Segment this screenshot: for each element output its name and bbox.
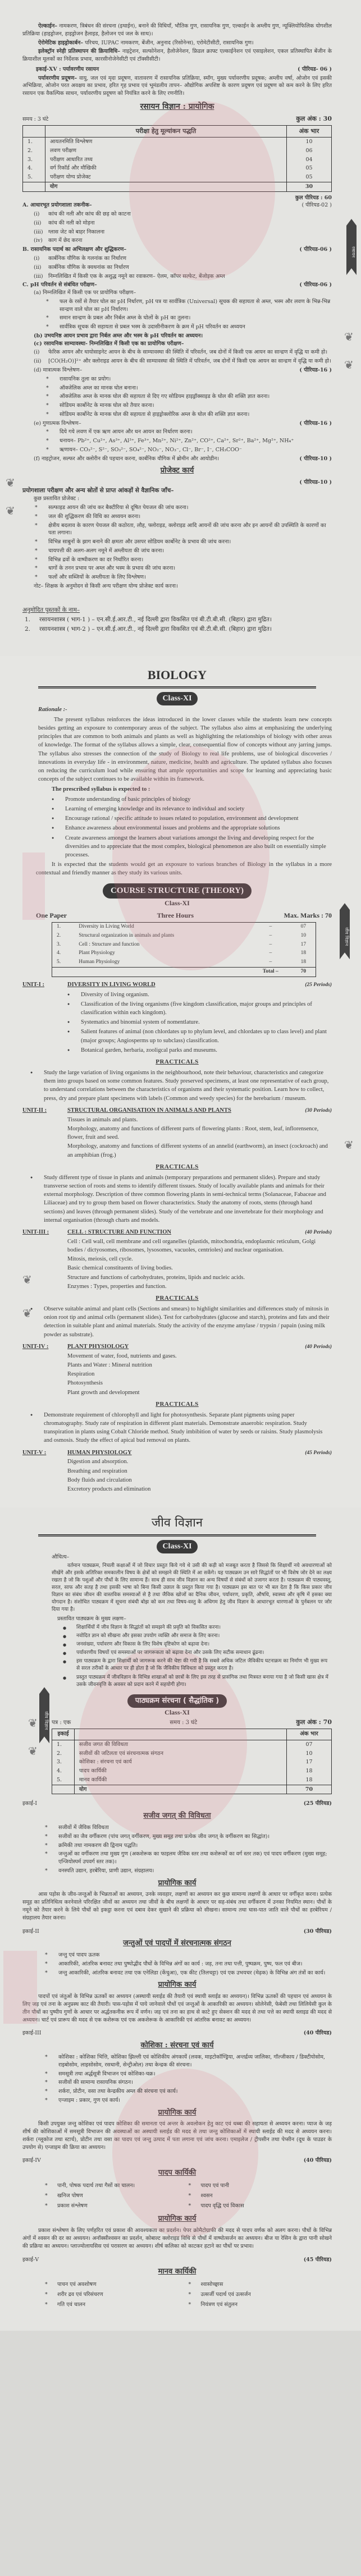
table-row: 2.लवण परीक्षण06: [23, 146, 332, 155]
unit-topic: Diversity of living organism.: [67, 991, 332, 999]
item-text: फेरिक आयन और थायोसाइनेट आयन के बीच के सा…: [48, 349, 327, 356]
unit-label: UNIT-I :: [22, 980, 67, 989]
units-container: UNIT-I :DIVERSITY IN LIVING WORLD(25 Per…: [22, 980, 332, 1493]
row-marks: 18: [287, 1776, 332, 1785]
list-item: नवोदित ज्ञान को सीखना और इसका उपयोग व्यक…: [63, 1633, 332, 1640]
table-row: 4.पादप कार्यिकी18: [52, 1767, 332, 1776]
units-container-hindi: इकाई-I(25 पीरियड)सजीव जगत् की विविधतासजी…: [22, 1800, 332, 2309]
row-number: 3.: [52, 941, 75, 950]
unit-topic: उत्सर्जी पदार्थ एवं उत्सर्जन: [189, 2291, 332, 2299]
paper-meta-row: One PaperThree HoursMax. Marks : 70: [22, 911, 332, 920]
row-number: 3.: [23, 155, 45, 164]
unit-topic: कोशिका : कोशिका भित्ति, कोशिका झिल्ली एव…: [45, 2054, 332, 2069]
row-marks: 05: [287, 164, 332, 173]
list-item: (iii)ग्लास जेट को बाहर निकालना: [34, 228, 332, 236]
list-item: (ii)कार्बनिक यौगिक के क्वथनांक का निर्धा…: [34, 264, 332, 272]
table-row: 5.Human Physiology–18: [52, 958, 316, 967]
list-item: Create awareness amongst the learners ab…: [52, 834, 332, 860]
unit-topic: Mitosis, meiosis, cell cycle.: [67, 1255, 332, 1263]
pollution-paragraph: पर्यावरणीय प्रदूषण– वायु, जल एवं मृदा प्…: [22, 75, 332, 98]
total-label: Total –: [250, 968, 291, 977]
table-row: 4.वर्ग रिकॉर्ड और मौखिकी05: [23, 164, 332, 173]
practical-heading: रसायन विज्ञान : प्रायोगिक: [22, 101, 332, 112]
electrophilic-paragraph: इलेक्ट्रॉन स्नेही प्रतिस्थापन की क्रियाव…: [22, 48, 332, 63]
practical-item: Study the large variation of living orga…: [30, 1069, 332, 1103]
practical-paragraph: आस पड़ोस के जीव-जन्तुओं के भिन्नताओं का …: [22, 1891, 332, 1922]
total-value: 70: [287, 1785, 332, 1794]
unit-topic: Structure and functions of carbohydrates…: [67, 1273, 332, 1282]
list-item: सोडियम कार्बोनेट के मानक घोल को तैयार कर…: [46, 402, 332, 410]
item-number: 1.: [25, 616, 39, 624]
list-item: धनायन– Pb²⁺, Cu²⁺, As³⁺, Al³⁺, Fe³⁺, Mn²…: [46, 437, 332, 445]
row-number: 2.: [52, 932, 75, 941]
row-number: 1.: [52, 923, 75, 932]
unit-heading: इकाई-III(40 पीरियड): [22, 2029, 332, 2037]
list-item: (iv)काग में छेद करना: [34, 237, 332, 245]
unit-topic: Excretory products and elimination: [67, 1485, 332, 1493]
list-item: विभिन्न साबुनों के झाग बनाने की क्षमता औ…: [35, 538, 332, 546]
plant-sprig-icon: ❦: [6, 505, 18, 522]
unit-topic: Classification of the living organisms (…: [67, 1000, 332, 1017]
row-item: Human Physiology: [74, 958, 250, 967]
total-periods: कुल पीरियड : 60: [22, 194, 332, 202]
list-item: शिक्षार्थियों में जीव विज्ञान के सिद्धां…: [63, 1624, 332, 1631]
row-item: आयतनमिति विश्लेषण: [45, 137, 287, 146]
unit-topic: नियंत्रण एवं संतुलन: [189, 2301, 332, 2309]
project-heading: प्रोजेक्ट कार्य: [22, 466, 332, 476]
unit-heading: UNIT-III :CELL : STRUCTURE AND FUNCTION(…: [22, 1228, 332, 1237]
row-marks: 06: [287, 146, 332, 155]
list-item: ऋणायन– CO₃²⁻, S²⁻, SO₃²⁻, SO₄²⁻, NO₂⁻, N…: [46, 446, 332, 454]
unit-topic: श्वसन: [189, 2192, 332, 2200]
project-sub: कुछ प्रस्तावित प्रोजेक्ट :: [22, 495, 332, 503]
theory-marks-table-hindi: इकाई अंक भार 1.सजीव जगत की विविधता072.सज…: [52, 1729, 332, 1794]
unit-period: (30 Periods): [305, 1107, 332, 1115]
row-item: Plant Physiology: [74, 949, 250, 958]
rationale-paragraph-2: It is expected that the students would g…: [22, 860, 332, 877]
list-item: पर्यावरणीय विषयों एवं समस्याओं पर जागरूक…: [63, 1649, 332, 1657]
unit-topics: Movement of water, food, nutrients and g…: [22, 1352, 332, 1397]
row-item: Cell : Structure and function: [74, 941, 250, 950]
unit-title: पादप कार्यिकी: [22, 2168, 332, 2179]
row-item: पादप कार्यिकी: [75, 1767, 287, 1776]
course-structure-badge-hindi: पाठ्यक्रम संरचना ( सैद्धांतिक ): [127, 1694, 227, 1708]
unit-topic: सजीवों की सामान्य रासायनिक संगठन।: [45, 2079, 332, 2087]
unit-period: (40 पीरियड): [304, 2029, 332, 2037]
unit-topic: पाचन एवं अवशोषण: [45, 2281, 189, 2289]
theory-marks-table: 1.Diversity in Living World–072.Structur…: [52, 922, 316, 977]
row-marks: 18: [291, 949, 316, 958]
unit-title: DIVERSITY IN LIVING WORLD: [67, 980, 305, 989]
item-text: कार्बनिक यौगिक के गलनांक का निर्धारण: [48, 255, 126, 263]
unit-topics: Digestion and absorption.Breathing and r…: [22, 1457, 332, 1493]
unit-topic: जन्तु आकारिकी, आंतरिक बनावट तथा एक एनेलि…: [45, 1969, 332, 1977]
unit-heading: इकाई-IV(40 पीरियड): [22, 2157, 332, 2165]
plant-sprig-icon: ❦: [344, 359, 357, 376]
plant-sprig-icon: ❦: [6, 477, 18, 494]
row-number: 1.: [23, 137, 45, 146]
list-item: प्रस्तुत पाठ्यक्रम में जीवविज्ञान के विभ…: [63, 1674, 332, 1689]
list-item: सार्वत्रिक सूचक की सहायता से प्रबल भस्म …: [46, 323, 332, 331]
unit-label: इकाई-V: [22, 2256, 39, 2264]
unit-period: (40 पीरियड): [304, 2157, 332, 2165]
row-marks: 18: [291, 958, 316, 967]
list-item: Enhance awareness about environmental is…: [52, 824, 332, 832]
unit-topic: पादप वृद्धि एवं विकास: [189, 2202, 332, 2210]
unit-topics: पानी, पोषक पदार्थ तथा गैसों का चालन।पादप…: [22, 2181, 332, 2211]
list-item: जल की शुद्धिकरण की विधि का अध्ययन करना।: [35, 513, 332, 521]
unit-heading: इकाई-II(30 पीरियड): [22, 1928, 332, 1936]
unit-title: STRUCTURAL ORGANISATION IN ANIMALS AND P…: [67, 1106, 305, 1115]
plant-sprig-icon: ❦: [28, 1717, 40, 1734]
unit-period: (30 पीरियड): [304, 1928, 332, 1936]
time-marks-row: समय : 3 घंटेकुल अंक : 30: [22, 114, 332, 123]
unit-topic: सजीवों का जैव वर्गीकरण (पांच जगत् वर्गीक…: [45, 1833, 332, 1841]
unit-topic: Basic chemical constituents of living bo…: [67, 1264, 332, 1272]
title-rule: [38, 1534, 316, 1537]
row-marks: 18: [287, 1767, 332, 1776]
unit-topics: पाचन एवं अवशोषणश्वासोच्छ्वासशरीर द्रव एव…: [22, 2280, 332, 2309]
row-number: 5.: [52, 958, 75, 967]
side-tab-biology-hindi: जीव विज्ञान: [39, 1687, 49, 1743]
practicals-heading: PRACTICALS: [22, 1058, 332, 1067]
list-item: क्षेत्रीय बदलाव के कारण पेयजल की कठोरता,…: [35, 522, 332, 538]
books-list: 1.रसायनशास्त्र ( भाग-1 ) – एन.सी.ई.आर.टी…: [22, 616, 332, 634]
unit-topics: कोशिका : कोशिका भित्ति, कोशिका झिल्ली एव…: [22, 2054, 332, 2105]
item-number: (ii): [34, 264, 48, 272]
item-number: (iv): [34, 237, 48, 245]
table-row: 5.मानव कार्यिकी18: [52, 1776, 332, 1785]
unit-topic: Movement of water, food, nutrients and g…: [67, 1352, 332, 1360]
class-line-hindi: Class-XI: [22, 1708, 332, 1717]
item-text: रसायनशास्त्र ( भाग-1 ) – एन.सी.ई.आर.टी.,…: [39, 616, 272, 624]
practical-paragraph: पादपों एवं जंतुओं के विभिन्न ऊतकों का अध…: [22, 1993, 332, 2024]
list-item: इस पाठ्यक्रम के द्वारा शिक्षार्थी को जाग…: [63, 1658, 332, 1672]
unit-topic: Morphology, anatomy and functions of dif…: [67, 1142, 332, 1159]
unit-label: UNIT-V :: [22, 1449, 67, 1457]
item-text: कार्बनिक यौगिक के क्वथनांक का निर्धारण: [48, 264, 129, 272]
plant-sprig-icon: ❦: [22, 1308, 35, 1324]
list-item: Promote understanding of basic principle…: [52, 795, 332, 804]
unit-heading: इकाई-V(45 पीरियड): [22, 2256, 332, 2264]
unit-title: जन्तुओं एवं पादपों में संरचनात्मक संगठन: [22, 1938, 332, 1949]
practical-heading: प्रायोगिक कार्य: [22, 1980, 332, 1991]
row-marks: 04: [287, 155, 332, 164]
features-list: शिक्षार्थियों में जीव विज्ञान के सिद्धां…: [22, 1624, 332, 1688]
item-number: (i): [34, 349, 48, 356]
unit-heading: UNIT-II :STRUCTURAL ORGANISATION IN ANIM…: [22, 1106, 332, 1115]
project-note: नोट– शिक्षक के अनुमोदन से किसी अन्य परीक…: [22, 583, 332, 590]
unit-title: मानव कार्यिकी: [22, 2267, 332, 2277]
unit-topic: गति एवं चालन: [45, 2301, 189, 2309]
item-text: रसायनशास्त्र ( भाग-2 ) – एन.सी.ई.आर.टी.,…: [39, 625, 272, 634]
rationale-label: Rationale :-: [22, 705, 332, 714]
unit-topic: Tissues in animals and plants.: [67, 1116, 332, 1124]
unit-title: PLANT PHYSIOLOGY: [67, 1342, 305, 1351]
project-intro: प्रयोगशाला परीक्षण और अन्य स्रोतों से प्…: [22, 487, 332, 495]
row-number: 4.: [23, 164, 45, 173]
item-text: निम्नलिखित में किसी एक के अशुद्ध नमूने क…: [48, 273, 225, 281]
expected-label: The prescribed syllabus is expected to :: [22, 785, 332, 794]
section-a-heading: A. आधारभूत प्रयोगशाला तकनीक–( पीरियड-02 …: [22, 201, 332, 209]
plant-sprig-icon: ❦: [22, 1274, 35, 1291]
practicals-list: Study the large variation of living orga…: [22, 1069, 332, 1103]
unit-topic: Photosynthesis: [67, 1379, 332, 1387]
unit-topic: शरीर द्रव एवं परिसंचरण: [45, 2291, 189, 2299]
row-number: 2.: [52, 1749, 75, 1758]
table-row: 1.Diversity in Living World–07: [52, 923, 316, 932]
table-row: 2.Structural organization in animals and…: [52, 932, 316, 941]
item-number: (iii): [34, 228, 48, 236]
features-label: प्रस्तावित पाठ्यक्रम के मुख्य लक्षण–: [22, 1615, 332, 1623]
table-row: 3.कोशिका : संरचना एवं कार्य17: [52, 1758, 332, 1767]
unit-title: कोशिका : संरचना एवं कार्य: [22, 2041, 332, 2051]
table-row: 4.Plant Physiology–18: [52, 949, 316, 958]
unit-label: इकाई-III: [22, 2029, 42, 2037]
row-item: कोशिका : संरचना एवं कार्य: [75, 1758, 287, 1767]
table-row: 1.आयतनमिति विश्लेषण10: [23, 137, 332, 146]
row-item: Structural organization in animals and p…: [74, 932, 250, 941]
row-marks: 17: [287, 1758, 332, 1767]
unit-title: HUMAN PHYSIOLOGY: [67, 1449, 305, 1457]
course-structure-badge: COURSE STRUCTURE (THEORY): [103, 883, 252, 899]
plant-sprig-icon: ❦: [344, 331, 357, 348]
unit-topic: Digestion and absorption.: [67, 1457, 332, 1466]
list-item: ऑक्जेलिक अम्ल का मानक घोल बनाना।: [46, 384, 332, 392]
item-text: काग में छेद करना: [48, 237, 82, 245]
item-number: (ii): [34, 219, 48, 227]
unit-topic: प्रकाश संश्लेषण: [45, 2202, 189, 2210]
unit-period: (40 Periods): [305, 1344, 332, 1351]
item-text: ग्लास जेट को बाहर निकालना: [48, 228, 104, 236]
item-text: कांच की नली को मोड़ना: [48, 219, 95, 227]
item-number: (iii): [34, 273, 48, 281]
total-label: योग: [75, 1785, 287, 1794]
list-item: सोडियम कार्बोनेट के मानक घोल की सहायता स…: [46, 411, 332, 419]
rationale-paragraph: The present syllabus reinforces the idea…: [22, 716, 332, 784]
row-item: Diversity in Living World: [74, 923, 250, 932]
list-item: धागों के तनन प्रभाव पर अम्ल और भस्म के प…: [35, 565, 332, 572]
section-c-body: (a) निम्नलिखित में किसी एक पर प्रायोगिक …: [22, 289, 332, 462]
row-dash: –: [250, 923, 291, 932]
practical-paragraph: किसी उपयुक्त जन्तु कोशिका एवं पादप कोशिक…: [22, 2120, 332, 2151]
class-badge-hindi: Class-XI: [157, 1540, 197, 1553]
item-text: कांच की नली और कांच की छड़ को काटना: [48, 210, 131, 218]
row-dash: –: [250, 958, 291, 967]
plant-sprig-icon: ❦: [28, 1745, 40, 1762]
practical-heading: प्रायोगिक कार्य: [22, 2108, 332, 2119]
item-number: (ii): [34, 357, 48, 365]
title-rule: [38, 686, 316, 689]
unit-label: इकाई-II: [22, 1928, 39, 1936]
rationale-paragraph-hindi: वर्तमान पाठ्यक्रम, निचली कक्षाओं में जो …: [22, 1562, 332, 1614]
table-row: 5.परीक्षण योग्य प्रोजेक्ट05: [23, 173, 332, 182]
evaluation-table: परीक्षा हेतु मूल्यांकन पद्धति अंक भार 1.…: [22, 125, 332, 192]
unit-topic: समसूत्री तथा अर्द्धसूत्री विभाजन एवं कोश…: [45, 2070, 332, 2078]
unit-heading: UNIT-V :HUMAN PHYSIOLOGY(45 Periods): [22, 1449, 332, 1457]
unit-topic: Breathing and respiration: [67, 1467, 332, 1475]
list-item: (iii)निम्नलिखित में किसी एक के अशुद्ध नम…: [34, 273, 332, 281]
row-item: सजीवों की जटिलता एवं संरचनात्मक संगठन: [75, 1749, 287, 1758]
row-item: परीक्षण आधारित तथ्य: [45, 155, 287, 164]
row-number: 4.: [52, 949, 75, 958]
unit-label: UNIT-II :: [22, 1106, 67, 1115]
total-value: 70: [291, 968, 316, 977]
practical-item: Observe suitable animal and plant cells …: [30, 1305, 332, 1339]
list-item: रासायनिक तुला का प्रयोग।: [46, 375, 332, 383]
list-item: Encourage rational / specific attitude t…: [52, 814, 332, 823]
list-item: फलों और सब्जियों के अम्लीयता के लिए विश्…: [35, 574, 332, 581]
unit-label: UNIT-IV :: [22, 1342, 67, 1351]
unit-label: इकाई-I: [22, 1800, 37, 1808]
item-number: (i): [34, 255, 48, 263]
list-item: चायपत्ती की अलग-अलग नमूने में अम्लीयता क…: [35, 547, 332, 555]
unit-period: (25 Periods): [305, 982, 332, 989]
paper-meta-row-hindi: पत्र : एकसमय : 3 घंटेकुल अंक : 70: [22, 1718, 332, 1727]
unit-topics: Cell : Cell wall, cell membrane and cell…: [22, 1237, 332, 1291]
unit-topic: पानी, पोषक पदार्थ तथा गैसों का चालन।: [45, 2182, 189, 2190]
unit-topic: खनिज पोषण: [45, 2192, 189, 2200]
biology-hindi-title: जीव विज्ञान: [22, 1514, 332, 1532]
class-badge: Class-XI: [157, 692, 197, 705]
unit-topic: सजीवों में जैविक विविधता: [45, 1824, 332, 1832]
project-list: सल्फाइड आयन की जांच कर बैक्टीरिया से दूष…: [22, 504, 332, 581]
row-number: 5.: [52, 1776, 75, 1785]
item-number: (i): [34, 210, 48, 218]
unit-topic: Respiration: [67, 1370, 332, 1378]
list-item: Learning of emerging knowledge and its r…: [52, 805, 332, 813]
unit-topic: जन्तु एवं पादप ऊतक: [45, 1951, 332, 1959]
unit-topics: सजीवों में जैविक विविधतासजीवों का जैव वर…: [22, 1824, 332, 1875]
unit-topics: Diversity of living organism.Classificat…: [22, 991, 332, 1055]
list-item: 1.रसायनशास्त्र ( भाग-1 ) – एन.सी.ई.आर.टी…: [25, 616, 332, 624]
row-item: वर्ग रिकॉर्ड और मौखिकी: [45, 164, 287, 173]
total-row: Total –70: [52, 968, 316, 977]
row-marks: 07: [291, 923, 316, 932]
practical-item: Demonstrate requirement of chlorophyll a…: [30, 1411, 332, 1445]
total-blank: [52, 1785, 75, 1794]
practicals-list: Study different type of tissue in plants…: [22, 1174, 332, 1225]
row-marks: 10: [291, 932, 316, 941]
chemistry-section: रसायन ऐल्काईन– नामकरण, त्रिबंधन की संरचन…: [0, 0, 361, 656]
row-number: 1.: [52, 1740, 75, 1749]
section-a-list: (i)कांच की नली और कांच की छड़ को काटना(i…: [22, 210, 332, 245]
list-item: सल्फाइड आयन की जांच कर बैक्टीरिया से दूष…: [35, 504, 332, 512]
unit-topic: आकारिकी, आंतरिक बनावट तथा पुष्पोद्भीद पौ…: [45, 1960, 332, 1968]
side-tab-biology: जीव विज्ञान: [340, 903, 350, 959]
row-item: मानव कार्यिकी: [75, 1776, 287, 1785]
row-number: 5.: [23, 173, 45, 182]
item-text: [CO(H₂O)]²⁺ और क्लोराइड आयन के बीच की सा…: [48, 357, 331, 365]
biology-title: BIOLOGY: [22, 666, 332, 684]
expected-list: Promote understanding of basic principle…: [22, 795, 332, 860]
practicals-list: Demonstrate requirement of chlorophyll a…: [22, 1411, 332, 1445]
biology-hindi-section: जीव विज्ञान जीव विज्ञान Class-XI औचित्य–…: [0, 1507, 361, 2331]
list-item: (i)कार्बनिक यौगिक के गलनांक का निर्धारण: [34, 255, 332, 263]
table-row: 1.सजीव जगत की विविधता07: [52, 1740, 332, 1749]
rationale-label-hindi: औचित्य–: [22, 1553, 332, 1561]
aromatic-paragraph: ऐरोमेटिक हाइड्रोकार्बन– परिचय, IUPAC नाम…: [22, 39, 332, 47]
unit-topics: जन्तु एवं पादप ऊतकआकारिकी, आंतरिक बनावट …: [22, 1951, 332, 1977]
plant-sprig-icon: ❦: [344, 1139, 357, 1156]
scanned-syllabus-page: रसायन ऐल्काईन– नामकरण, त्रिबंधन की संरचन…: [0, 0, 361, 2331]
list-item: (i)कांच की नली और कांच की छड़ को काटना: [34, 210, 332, 218]
practicals-heading: PRACTICALS: [22, 1400, 332, 1409]
section-b-heading: B. रासायनिक पदार्थ का अभिलक्षण और शुद्धि…: [22, 246, 332, 254]
row-dash: –: [250, 941, 291, 950]
unit-label: इकाई-IV: [22, 2157, 41, 2165]
total-value: 30: [287, 182, 332, 191]
unit-topic: जन्तुओं का वर्गीकरण तथा मुख्य गुण (अकशेर…: [45, 1850, 332, 1866]
section-b-list: (i)कार्बनिक यौगिक के गलनांक का निर्धारण(…: [22, 255, 332, 280]
section-c-heading: C. pH परिवर्तन से संबंधित परीक्षण–( पीरि…: [22, 281, 332, 289]
list-item: फल के रसों से तैयार घोल का pH निर्धारण, …: [46, 298, 332, 314]
unit-topic: शर्करा, प्रोटीन, वसा तथा केन्द्रकीय अम्ल…: [45, 2088, 332, 2096]
unit-topics: Tissues in animals and plants.Morphology…: [22, 1116, 332, 1159]
unit-topic: Plant growth and development: [67, 1388, 332, 1397]
unit-period: (45 पीरियड): [304, 2256, 332, 2264]
unit-heading: UNIT-IV :PLANT PHYSIOLOGY(40 Periods): [22, 1342, 332, 1351]
unit-heading: UNIT-I :DIVERSITY IN LIVING WORLD(25 Per…: [22, 980, 332, 989]
row-number: 3.: [52, 1758, 75, 1767]
unit-period: (40 Periods): [305, 1229, 332, 1237]
row-marks: 10: [287, 1749, 332, 1758]
total-blank: [52, 968, 250, 977]
practical-item: Study different type of tissue in plants…: [30, 1174, 332, 1225]
row-marks: 07: [287, 1740, 332, 1749]
unit-topic: Cell : Cell wall, cell membrane and cell…: [67, 1237, 332, 1254]
practical-paragraph: प्रकाश संश्लेषण के लिए पर्णहरित एवं प्रक…: [22, 2227, 332, 2250]
list-item: (i)फेरिक आयन और थायोसाइनेट आयन के बीच के…: [34, 349, 332, 356]
row-dash: –: [250, 949, 291, 958]
total-label: योग: [45, 182, 287, 191]
unit-label: UNIT-III :: [22, 1228, 67, 1236]
alkyne-paragraph: ऐल्काईन– नामकरण, त्रिबंधन की संरचना (इथा…: [22, 22, 332, 38]
list-item: विभिन्न द्रवों के वाष्पीकरण का दर निर्धा…: [35, 556, 332, 564]
project-period: ( पीरियड-10 ): [22, 479, 332, 487]
unit15-heading: इकाई-XV : पर्यावरणीय रसायन( पीरियड- 06 ): [22, 66, 332, 74]
unit-period: (25 पीरियड): [304, 1800, 332, 1808]
unit-topic: Enzymes : Types, properties and function…: [67, 1282, 332, 1291]
unit-period: (45 Periods): [305, 1450, 332, 1457]
row-marks: 17: [291, 941, 316, 950]
unit-topic: क्रमिकी तथा नामकरण की द्विनाम पद्धति।: [45, 1842, 332, 1850]
list-item: समान सान्द्रण के प्रबल और निर्बल अम्ल के…: [46, 314, 332, 322]
item-number: 2.: [25, 625, 39, 634]
row-item: परीक्षण योग्य प्रोजेक्ट: [45, 173, 287, 182]
unit-topic: Plants and Water : Mineral nutrition: [67, 1361, 332, 1369]
row-dash: –: [250, 932, 291, 941]
row-number: 4.: [52, 1767, 75, 1776]
total-row: योग70: [52, 1785, 332, 1794]
practicals-list: Observe suitable animal and plant cells …: [22, 1305, 332, 1339]
list-item: (ii)[CO(H₂O)]²⁺ और क्लोराइड आयन के बीच क…: [34, 357, 332, 365]
list-item: दिये गये लवण में एक ऋण आयन और धन आयन का …: [46, 428, 332, 436]
row-number: 2.: [23, 146, 45, 155]
practical-heading: प्रायोगिक कार्य: [22, 1878, 332, 1889]
biology-english-section: जीव विज्ञान BIOLOGY Class-XI Rationale :…: [0, 656, 361, 1507]
unit-topic: श्वासोच्छ्वास: [189, 2281, 332, 2289]
total-row: योग30: [23, 182, 332, 191]
unit-topic: पादप एवं पानी: [189, 2182, 332, 2190]
table-row: 3.परीक्षण आधारित तथ्य04: [23, 155, 332, 164]
unit-topic: Botanical garden, herbaria, zooligcal pa…: [67, 1046, 332, 1055]
list-item: ऑक्जेलिक अम्ल के मानक घोल की सहायता से द…: [46, 393, 332, 401]
unit-topic: Morphology, anatomy and functions of dif…: [67, 1125, 332, 1142]
practicals-heading: PRACTICALS: [22, 1294, 332, 1303]
unit-topic: Systematics and binomial system of nomen…: [67, 1018, 332, 1026]
table-row: 2.सजीवों की जटिलता एवं संरचनात्मक संगठन1…: [52, 1749, 332, 1758]
